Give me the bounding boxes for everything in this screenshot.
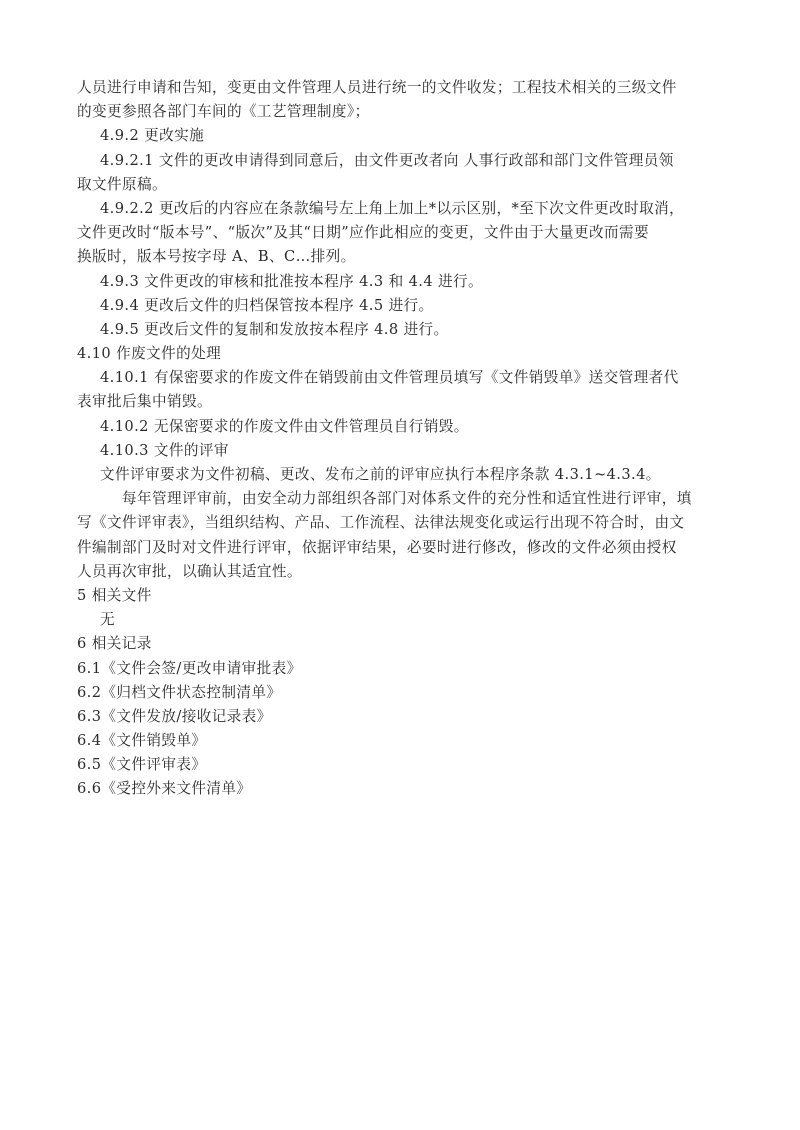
section-heading-4-10-3: 4.10.3 文件的评审 (77, 439, 727, 463)
record-item: 6.3《文件发放/接收记录表》 (77, 705, 727, 729)
text-line: 4.9.2.2 更改后的内容应在条款编号左上角上加上*以示区别，*至下次文件更改… (77, 197, 727, 221)
section-heading-6: 6 相关记录 (77, 632, 727, 656)
document-page: 人员进行申请和告知，变更由文件管理人员进行统一的文件收发；工程技术相关的三级文件… (77, 76, 727, 802)
record-item: 6.2《归档文件状态控制清单》 (77, 681, 727, 705)
record-item: 6.5《文件评审表》 (77, 753, 727, 777)
record-item: 6.6《受控外来文件清单》 (77, 777, 727, 801)
section-heading-4-10: 4.10 作废文件的处理 (77, 342, 727, 366)
section-heading-4-9-2: 4.9.2 更改实施 (77, 124, 727, 148)
text-line: 4.10.2 无保密要求的作废文件由文件管理员自行销毁。 (77, 415, 727, 439)
text-line: 写《文件评审表》，当组织结构、产品、工作流程、法律法规变化或运行出现不符合时，由… (77, 511, 727, 535)
text-line: 人员再次审批，以确认其适宜性。 (77, 560, 727, 584)
text-line: 表审批后集中销毁。 (77, 390, 727, 414)
text-line: 的变更参照各部门车间的《工艺管理制度》； (77, 100, 727, 124)
text-line: 4.9.4 更改后文件的归档保管按本程序 4.5 进行。 (77, 294, 727, 318)
text-line: 4.9.3 文件更改的审核和批准按本程序 4.3 和 4.4 进行。 (77, 270, 727, 294)
section-heading-5: 5 相关文件 (77, 584, 727, 608)
text-line: 无 (77, 608, 727, 632)
text-line: 4.10.1 有保密要求的作废文件在销毁前由文件管理员填写《文件销毁单》送交管理… (77, 366, 727, 390)
text-line: 换版时，版本号按字母 A、B、C…排列。 (77, 245, 727, 269)
text-line: 4.9.2.1 文件的更改申请得到同意后，由文件更改者向 人事行政部和部门文件管… (77, 149, 727, 173)
text-line: 取文件原稿。 (77, 173, 727, 197)
text-line: 件编制部门及时对文件进行评审，依据评审结果，必要时进行修改，修改的文件必须由授权 (77, 536, 727, 560)
text-line: 文件更改时“版本号”、“版次”及其“日期”应作此相应的变更，文件由于大量更改而需… (77, 221, 727, 245)
record-item: 6.1《文件会签/更改申请审批表》 (77, 657, 727, 681)
text-line: 人员进行申请和告知，变更由文件管理人员进行统一的文件收发；工程技术相关的三级文件 (77, 76, 727, 100)
text-line: 文件评审要求为文件初稿、更改、发布之前的评审应执行本程序条款 4.3.1~4.3… (77, 463, 727, 487)
text-line: 4.9.5 更改后文件的复制和发放按本程序 4.8 进行。 (77, 318, 727, 342)
record-item: 6.4《文件销毁单》 (77, 729, 727, 753)
text-line: 每年管理评审前，由安全动力部组织各部门对体系文件的充分性和适宜性进行评审，填 (77, 487, 727, 511)
